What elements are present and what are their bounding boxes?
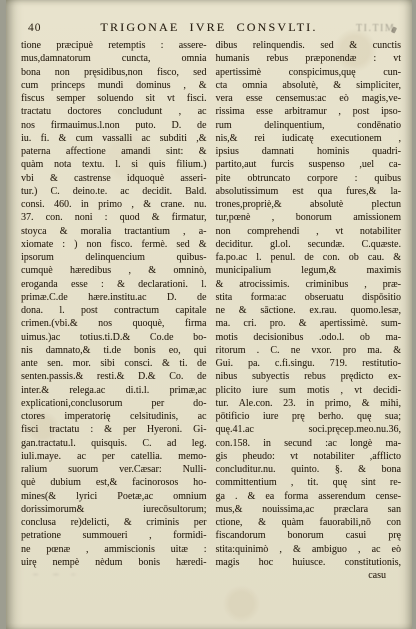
text-line: fiscus semper soluendo sit vt fisci. — [21, 92, 207, 105]
text-line: non comprehendi , vt notabiliter — [216, 225, 402, 238]
text-line: petratione summoueri , formidi- — [21, 529, 207, 542]
text-line: rum delinquentium, condēnatio — [216, 119, 402, 132]
text-line: eroganda esse : & declarationi. l. — [21, 278, 207, 291]
text-line: dona. l. post contractum capitale — [21, 304, 207, 317]
text-line: cum princeps mundi dominus , & — [21, 79, 207, 92]
text-line: gan.tractatu.l. quisquis. C. ad leg. — [21, 437, 207, 450]
text-line: uimus.)ac totius.ti.D.& Co.de bo- — [21, 331, 207, 344]
text-line: iuli.maye. ac per catellia. memo- — [21, 450, 207, 463]
text-line: què dubium est,& facinorosos ho- — [21, 476, 207, 489]
text-line: Gui. pa. c.fi.singu. 719. restitutio- — [216, 357, 402, 370]
text-line: ga . & ea forma asserendum cense- — [216, 490, 402, 503]
text-line: plicito iure sum motis , vt decidi- — [216, 384, 402, 397]
text-line: fa.po.ac l. penul. de con. ob cau. & — [216, 251, 402, 264]
text-line: quàm nota textu. l. si quis filium.) — [21, 158, 207, 171]
text-line: concluditur.nu. quinto. §. & bona — [216, 463, 402, 476]
running-title: TRIGONAE IVRE CONSVLTI. — [62, 20, 356, 35]
text-line: ne & sāctione. ex.rau. quomo.lesæ, — [216, 304, 402, 317]
text-line: nibus subyectis rebus prędicto ex- — [216, 370, 402, 383]
text-line: gis pheudo: vt notabiliter ,afflicto — [216, 450, 402, 463]
catchword: casu — [368, 570, 386, 581]
text-line: consi. 460. in primo , & crane. nu. — [21, 198, 207, 211]
text-line: ralium suorum ver.Cæsar: Nulli- — [21, 463, 207, 476]
text-line: fiscandorum bonorum casui prę — [216, 529, 402, 542]
text-line: vera esse censemus:ac eò magis,ve- — [216, 92, 402, 105]
text-line: deciditur. gl.ol. secundæ. C.quæste. — [216, 238, 402, 251]
text-line: nis,& rei iudicatę executionem , — [216, 132, 402, 145]
text-line: xiomate : ) non fisco. fermè. sed & — [21, 238, 207, 251]
text-line: fisci tractatu : & per Hyeroni. Gi- — [21, 423, 207, 436]
text-line: tione præcipuè retemptis : assere- — [21, 39, 207, 52]
text-line: iu. fi. & cum vassalli ac subditi ,& — [21, 132, 207, 145]
text-line: trones,propriè,& absolutè plectun — [216, 198, 402, 211]
scanned-book-page: 40 TRIGONAE IVRE CONSVLTI. TI.TIM tione … — [0, 0, 416, 629]
text-line: mus,damnatorum cuncta, omnia — [21, 52, 207, 65]
text-line: ritorum . C. ne vxor. pro ma. & — [216, 344, 402, 357]
text-line: senten.passis.& resti.& D.& Co. de — [21, 370, 207, 383]
text-line: quę.41.ac soci.pręcep.meo.nu.36, — [216, 423, 402, 436]
text-line: apertissimè conspicimus,quę cun- — [216, 66, 402, 79]
text-line: nos firmauimus.l.non puto. D. de — [21, 119, 207, 132]
text-line: stoyca & moralia tractantium , a- — [21, 225, 207, 238]
text-line: pōtificio iure prę berho. quę sua; — [216, 410, 402, 423]
text-line: dorissimorum& iurecōsultorum; — [21, 503, 207, 516]
text-line: motis decisionibus .odo.l. ob ma- — [216, 331, 402, 344]
text-line: magis hoc huiusce. constitutionis, — [216, 556, 402, 569]
text-line: explicationi,conclusorum per do- — [21, 397, 207, 410]
page-number: 40 — [18, 22, 62, 34]
text-line: tur,pœnè , bonorum amissionem — [216, 211, 402, 224]
text-line: mus,& nouissima,ac præclara san — [216, 503, 402, 516]
text-line: stita:quinimò , & ambiguo , ac eò — [216, 543, 402, 556]
bleedthrough-smudge — [24, 570, 82, 579]
text-line: humanis rebus præponendæ : vt — [216, 52, 402, 65]
text-line: ipsorum delinquencium quibus- — [21, 251, 207, 264]
book-page: 40 TRIGONAE IVRE CONSVLTI. TI.TIM tione … — [6, 0, 412, 629]
text-line: 37. con. noni : quod & firmatur, — [21, 211, 207, 224]
text-line: stita forma:ac obseruatu dispōsitio — [216, 291, 402, 304]
text-line: cta omnia absolutè, & simpliciter, — [216, 79, 402, 92]
text-line: ctores imperatorię celsitudinis, ac — [21, 410, 207, 423]
text-line: conclusa re)delicti, & criminis per — [21, 516, 207, 529]
text-line: tur. Ale.con. 23. in primo, & mihi, — [216, 397, 402, 410]
text-column-left: tione præcipuè retemptis : assere-mus,da… — [21, 39, 207, 569]
text-line: & atrocissimis. criminibus , præ- — [216, 278, 402, 291]
text-line: rissima esse arbitramur , post ipso- — [216, 105, 402, 118]
text-line: pite obtruncato corpore : quibus — [216, 172, 402, 185]
text-line: vbi & castrense idquoquè asseri- — [21, 172, 207, 185]
text-line: con.158. in secund :ac longè ma- — [216, 437, 402, 450]
text-line: dibus relinquendis. sed & cunctis — [216, 39, 402, 52]
text-line: cumquè hæredibus , & omninò, — [21, 264, 207, 277]
text-line: ne pœnæ , ammiscionis uitæ : — [21, 543, 207, 556]
text-line: municipalium legum,& maximis — [216, 264, 402, 277]
text-line: bona non pręsidibus,non fisco, sed — [21, 66, 207, 79]
text-line: tractatu doctores concludunt , ac — [21, 105, 207, 118]
text-line: uirę nempè nèdum bonis hæredi- — [21, 556, 207, 569]
text-line: absolutissimum est qua fures,& la- — [216, 185, 402, 198]
text-line: committentium , tit. quę sint re- — [216, 476, 402, 489]
text-line: ante sen. mor. sibi consci. & ti. de — [21, 357, 207, 370]
text-line: partito,aut furcis suspenso ,uel ca- — [216, 158, 402, 171]
text-line: paterna affectione amandi sint: & — [21, 145, 207, 158]
text-line: nis damnato,& ti.de bonis eo, qui — [21, 344, 207, 357]
text-line: tur.) C. deino.te. ac decidit. Bald. — [21, 185, 207, 198]
text-line: ma. cri. pro. & apertissimè. sum- — [216, 317, 402, 330]
text-column-right: dibus relinquendis. sed & cunctishumanis… — [216, 39, 402, 569]
running-header: 40 TRIGONAE IVRE CONSVLTI. TI.TIM — [18, 20, 404, 35]
text-line: primæ.C.de hære.institu.ac D. de — [21, 291, 207, 304]
text-line: mines(& lyrici Poetæ,ac omnium — [21, 490, 207, 503]
text-line: ipsius damnati hominis quadri- — [216, 145, 402, 158]
text-line: ctione, & quàm fauorabili,nō con — [216, 516, 402, 529]
text-line: crimen.(vbi.& nos quoquè, firma — [21, 317, 207, 330]
text-line: inter.& relega.ac di.ti.l. primæ,ac — [21, 384, 207, 397]
text-body: tione præcipuè retemptis : assere-mus,da… — [21, 39, 401, 569]
